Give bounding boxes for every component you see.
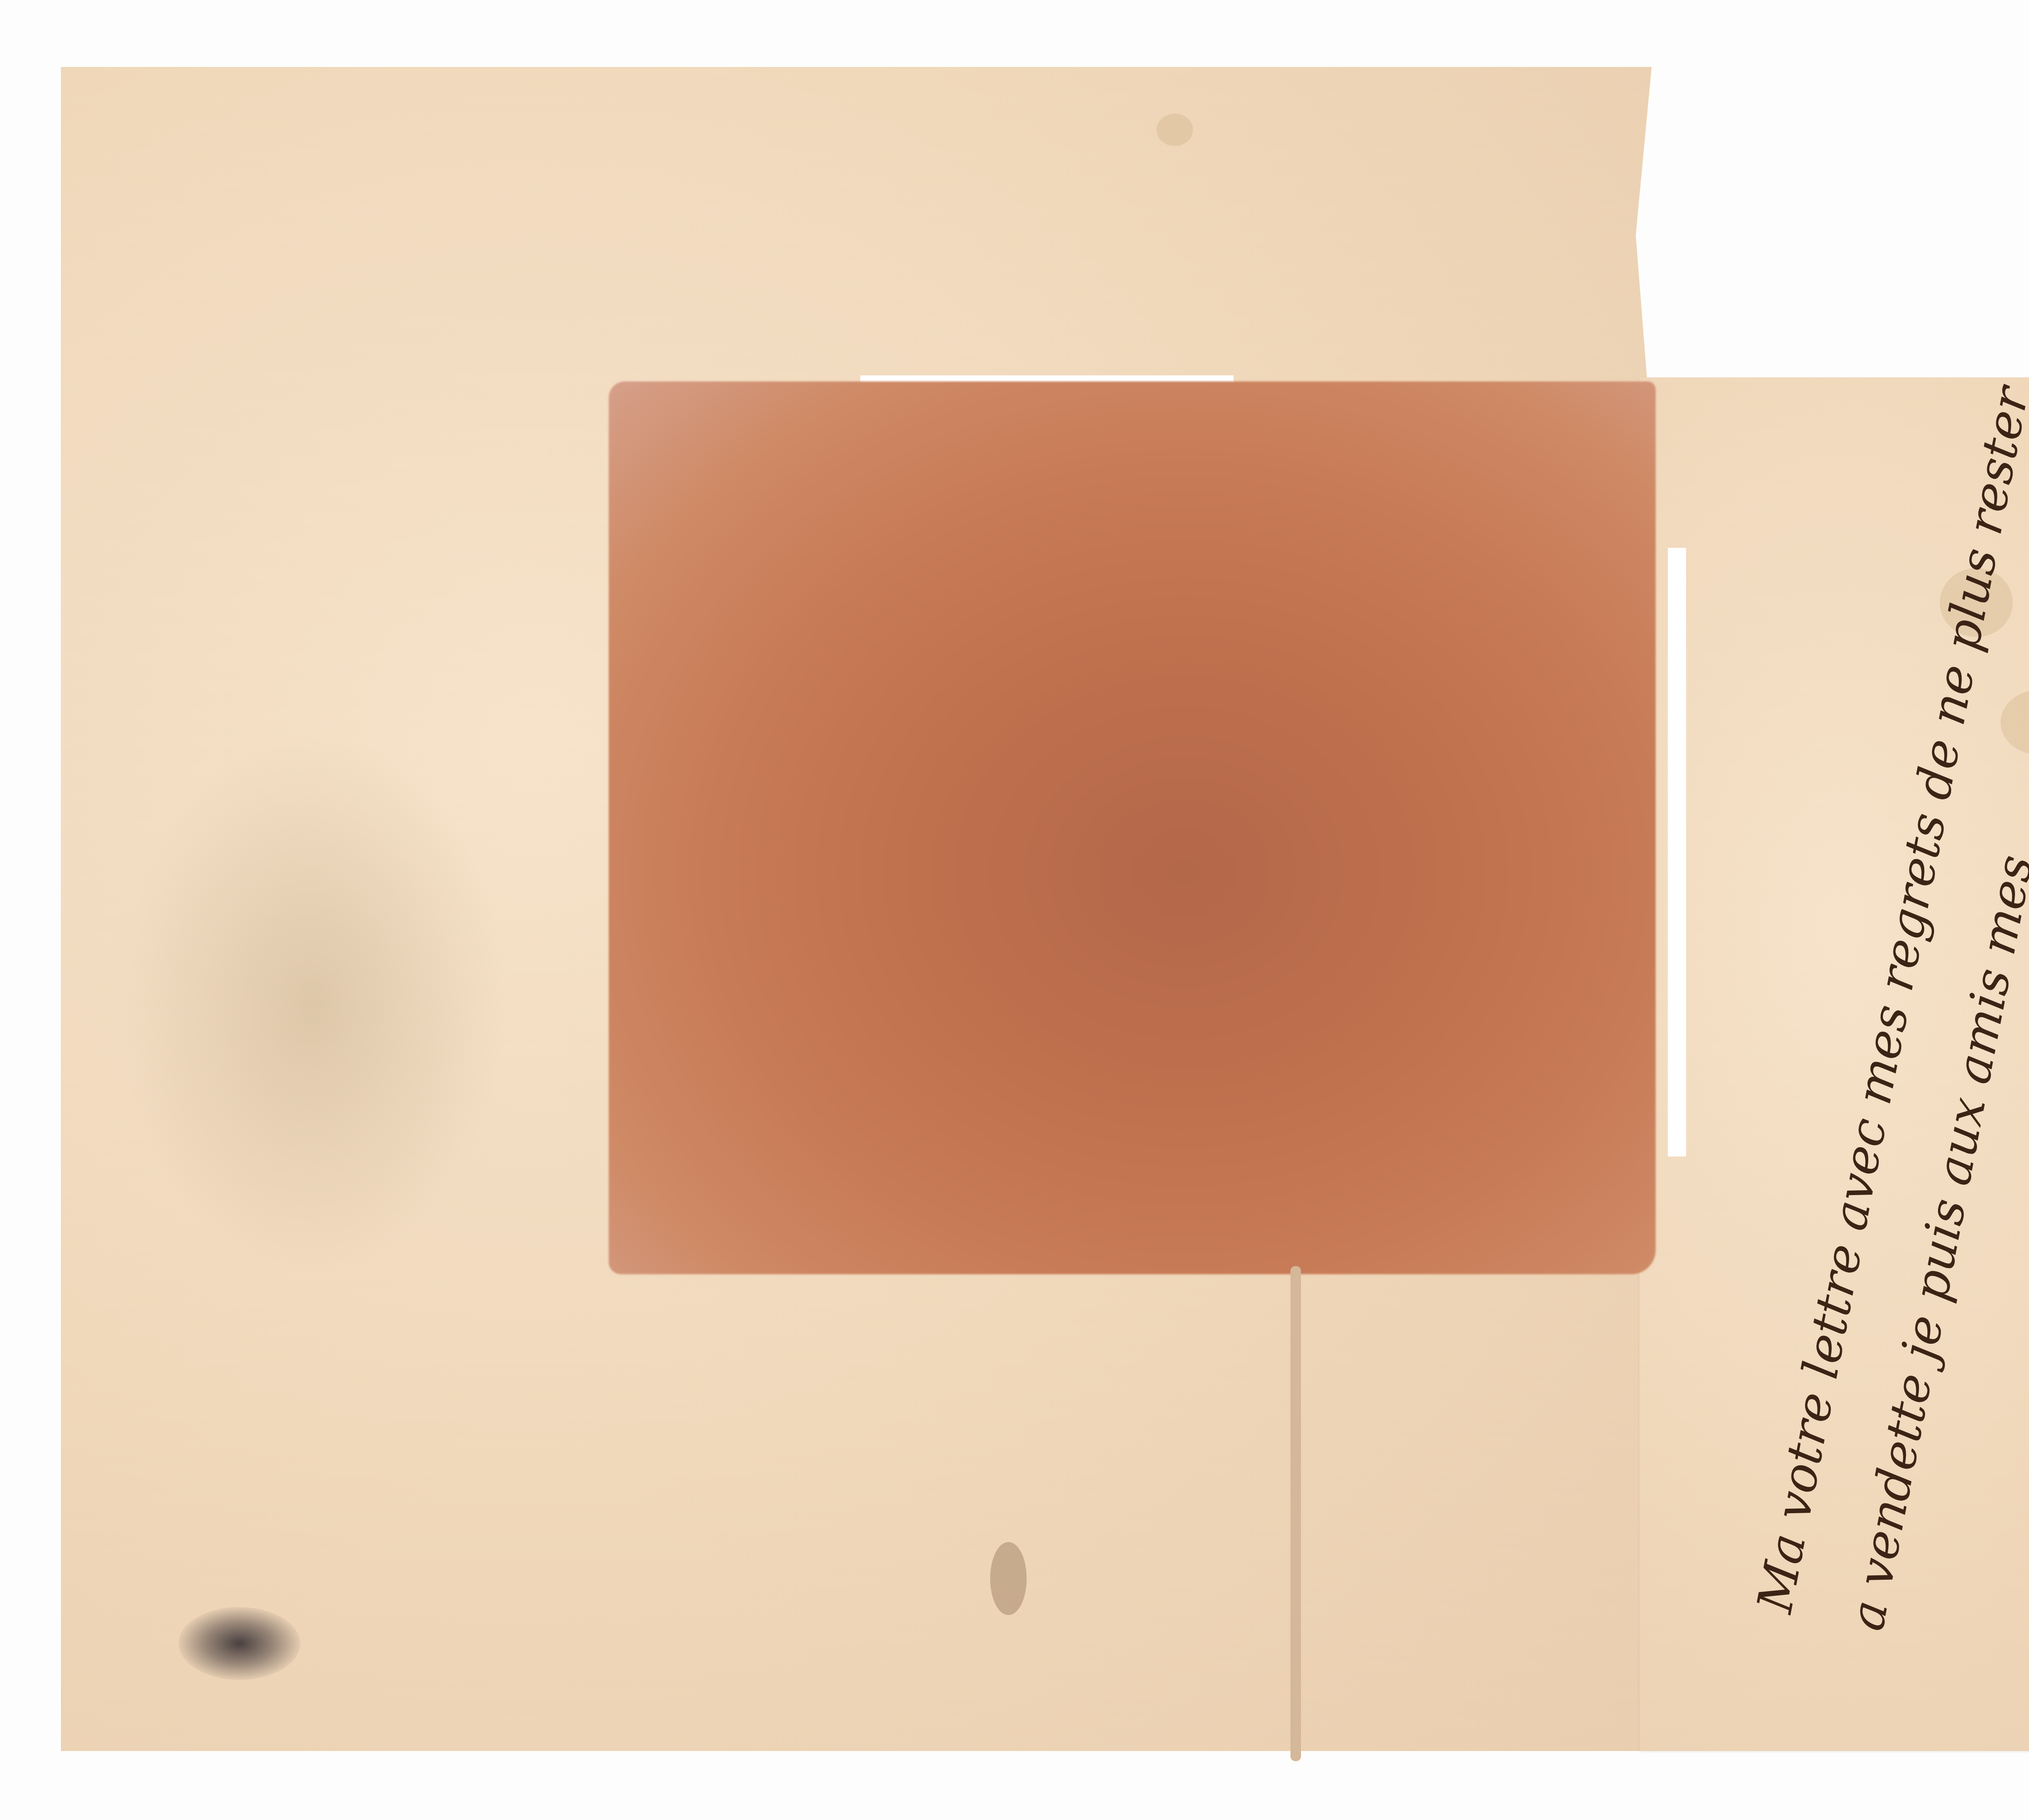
slot-right [1668, 548, 1686, 1157]
stain-spot [1157, 114, 1193, 146]
red-chalk-square [609, 381, 1656, 1274]
charcoal-smudge [179, 1607, 300, 1680]
stain-spot [990, 1542, 1027, 1615]
water-drip-stain [1290, 1266, 1301, 1761]
faint-offset-drawing [118, 730, 507, 1278]
